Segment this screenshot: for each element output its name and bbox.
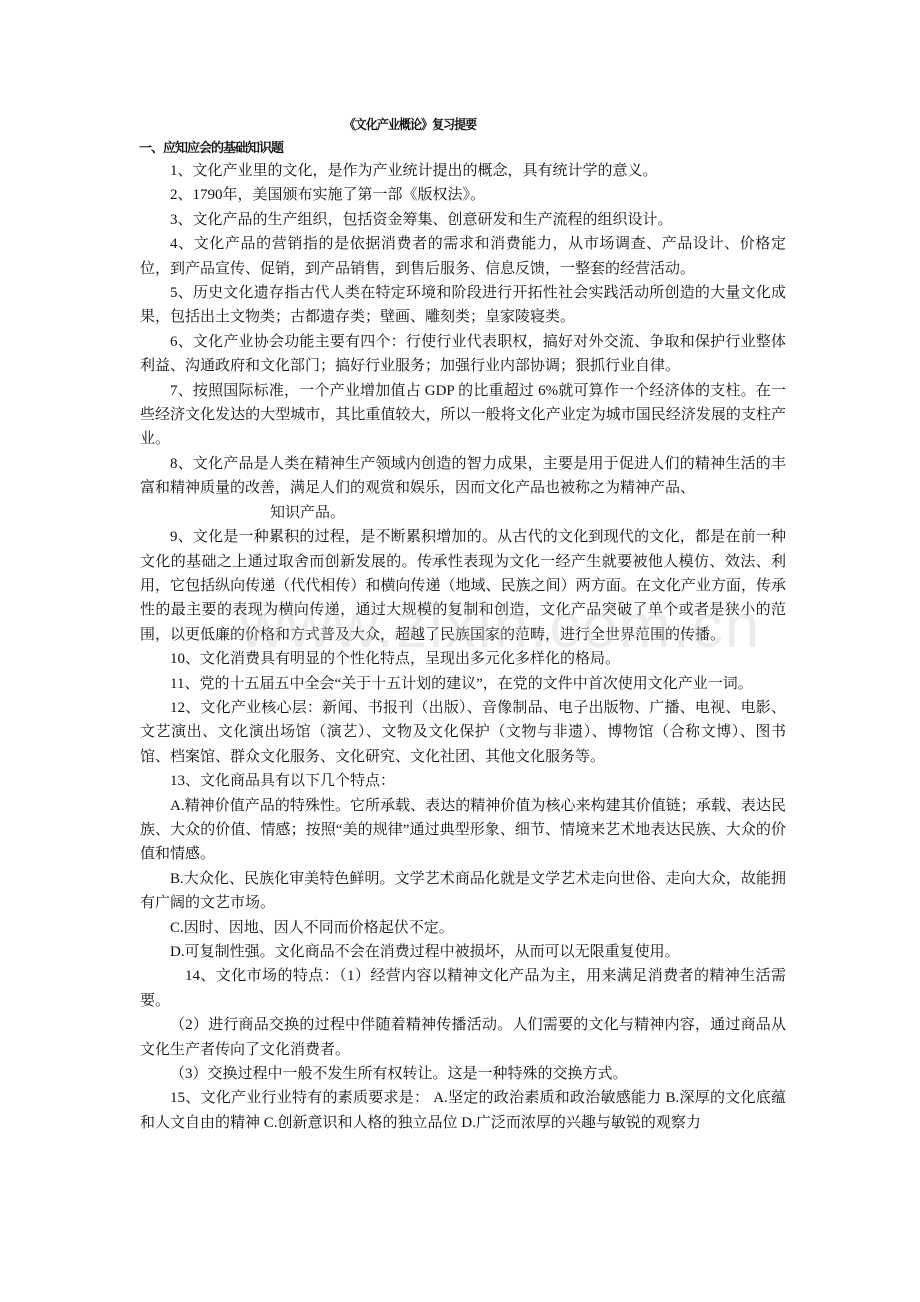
paragraph-13-b: B.大众化、民族化审美特色鲜明。文学艺术商品化就是文学艺术走向世俗、走向大众，故…: [140, 867, 786, 916]
document-body: 1、文化产业里的文化，是作为产业统计提出的概念，具有统计学的意义。 2、1790…: [140, 159, 786, 1135]
paragraph-9: 9、文化是一种累积的过程，是不断累积增加的。从古代的文化到现代的文化，都是在前一…: [140, 525, 786, 647]
paragraph-1: 1、文化产业里的文化，是作为产业统计提出的概念，具有统计学的意义。: [140, 159, 786, 183]
paragraph-11: 11、党的十五届五中全会“关于十五计划的建议”，在党的文件中首次使用文化产业一词…: [140, 672, 786, 696]
paragraph-13-c: C.因时、因地、因人不同而价格起伏不定。: [140, 916, 786, 940]
document-title: 《文化产业概论》复习提要: [33, 117, 787, 135]
paragraph-5: 5、历史文化遗存指古代人类在特定环境和阶段进行开拓性社会实践活动所创造的大量文化…: [140, 281, 786, 330]
paragraph-12: 12、文化产业核心层：新闻、书报刊（出版）、音像制品、电子出版物、广播、电视、电…: [140, 696, 786, 769]
paragraph-13: 13、文化商品具有以下几个特点：: [140, 769, 786, 793]
paragraph-6: 6、文化产业协会功能主要有四个：行使行业代表职权，搞好对外交流、争取和保护行业整…: [140, 330, 786, 379]
paragraph-2: 2、1790年，美国颁布实施了第一部《版权法》。: [140, 183, 786, 207]
paragraph-8: 8、文化产品是人类在精神生产领域内创造的智力成果，主要是用于促进人们的精神生活的…: [140, 452, 786, 525]
paragraph-14-2: （2）进行商品交换的过程中伴随着精神传播活动。人们需要的文化与精神内容，通过商品…: [140, 1013, 786, 1062]
paragraph-14: 14、文化市场的特点：（1）经营内容以精神文化产品为主，用来满足消费者的精神生活…: [140, 964, 786, 1013]
paragraph-7: 7、按照国际标准，一个产业增加值占 GDP 的比重超过 6%就可算作一个经济体的…: [140, 379, 786, 452]
paragraph-10: 10、文化消费具有明显的个性化特点，呈现出多元化多样化的格局。: [140, 647, 786, 671]
paragraph-13-a: A.精神价值产品的特殊性。它所承载、表达的精神价值为核心来构建其价值链；承载、表…: [140, 794, 786, 867]
section-heading: 一、应知应会的基础知识题: [139, 140, 283, 158]
paragraph-3: 3、文化产品的生产组织，包括资金筹集、创意研发和生产流程的组织设计。: [140, 208, 786, 232]
paragraph-13-d: D.可复制性强。文化商品不会在消费过程中被损坏，从而可以无限重复使用。: [140, 940, 786, 964]
paragraph-4: 4、文化产品的营销指的是依据消费者的需求和消费能力，从市场调查、产品设计、价格定…: [140, 232, 786, 281]
paragraph-8-text: 8、文化产品是人类在精神生产领域内创造的智力成果，主要是用于促进人们的精神生活的…: [140, 456, 786, 496]
document-page: 《文化产业概论》复习提要 一、应知应会的基础知识题 1、文化产业里的文化，是作为…: [0, 0, 920, 1302]
paragraph-14-3: （3）交换过程中一般不发生所有权转让。这是一种特殊的交换方式。: [140, 1062, 786, 1086]
paragraph-15: 15、文化产业行业特有的素质要求是： A.坚定的政治素质和政治敏感能力 B.深厚…: [140, 1086, 786, 1135]
paragraph-8-tail: 知识产品。: [140, 501, 786, 525]
